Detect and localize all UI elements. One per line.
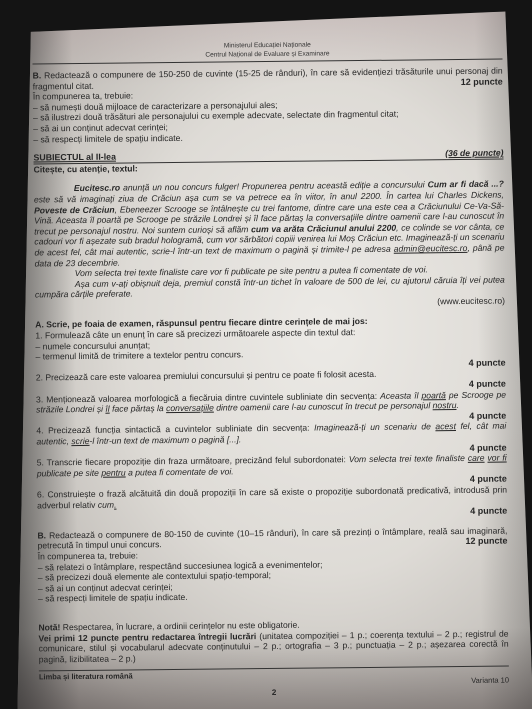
underlined-word: nostru [433,400,457,410]
quote-text: Imaginează-ți un scenariu de [314,422,435,433]
underlined-word: poartă [421,390,445,400]
underlined-word: conversațiile [166,403,214,413]
quote-text: cum [98,499,114,509]
underlined-word: acest [435,421,456,431]
question-6: 6. Construiește o frază alcătuită din do… [37,484,507,521]
part-a-items: 1. Formulează câte un enunț în care să p… [35,326,507,522]
footer-subject: Limba și literatura română [39,672,133,692]
subject2-points: (36 de puncte) [445,148,503,159]
reading-text-p1: Eucitesc.ro anunță un nou concurs fulger… [34,179,505,269]
question-1: 1. Formulează câte un enunț în care să p… [35,326,505,373]
question-4: 4. Precizează funcția sintactică a cuvin… [36,421,506,458]
quote-text: Aceasta îl [380,390,421,400]
underlined-word: scrie [71,436,89,446]
quote-text: -l într-un text de maximum o pagină [...… [89,434,241,446]
email-link[interactable]: admin@eucitesc.ro [394,243,468,254]
subject2-title: SUBIECTUL al II-lea [33,152,116,163]
question-lead: 4. Precizează funcția sintactică a cuvin… [36,423,314,436]
question-5: 5. Transcrie fiecare propoziție din fraz… [37,453,507,490]
top-task-points: 12 puncte [461,76,503,87]
top-task-label: B. [33,70,42,80]
note-label: Notă! [38,622,60,632]
note-scoring: Vei primi 12 puncte pentru redactarea în… [38,628,508,665]
footer-variant: Varianta 10 [471,676,509,687]
part-b-bullets: – să relatezi o întâmplare, respectând s… [38,557,508,604]
quote-text: dintre oamenii care l-au cunoscut în tre… [214,401,433,413]
quote-text: a putea fi comentate de voi. [126,466,234,477]
quote-text: . [456,400,458,410]
part-b-label: B. [37,530,46,540]
part-b-points: 12 puncte [465,536,507,547]
brand-name: Eucitesc.ro [74,183,120,193]
page-content: Ministerul Educației Naționale Centrul N… [32,12,509,701]
quote-text: face părtaș la [110,403,166,414]
exam-page: Ministerul Educației Naționale Centrul N… [10,11,532,709]
contest-theme: cum va arăta Crăciunul anului 2200 [251,222,396,234]
top-task-bullets: – să numești două mijloace de caracteriz… [33,97,503,144]
contest-name: Cum ar fi dacă ...? [428,179,504,190]
quote-text: publicate pe site [37,468,102,479]
underlined-word: care [468,453,485,463]
underlined-word: vor fi [487,453,506,463]
underlined-word: . [114,499,116,509]
question-3: 3. Menționează valoarea morfologică a fi… [36,389,506,426]
quote-text: Vom selecta trei texte finaliste [349,453,468,464]
underlined-word: pentru [101,467,125,477]
book-title: Poveste de Crăciun [34,204,115,215]
